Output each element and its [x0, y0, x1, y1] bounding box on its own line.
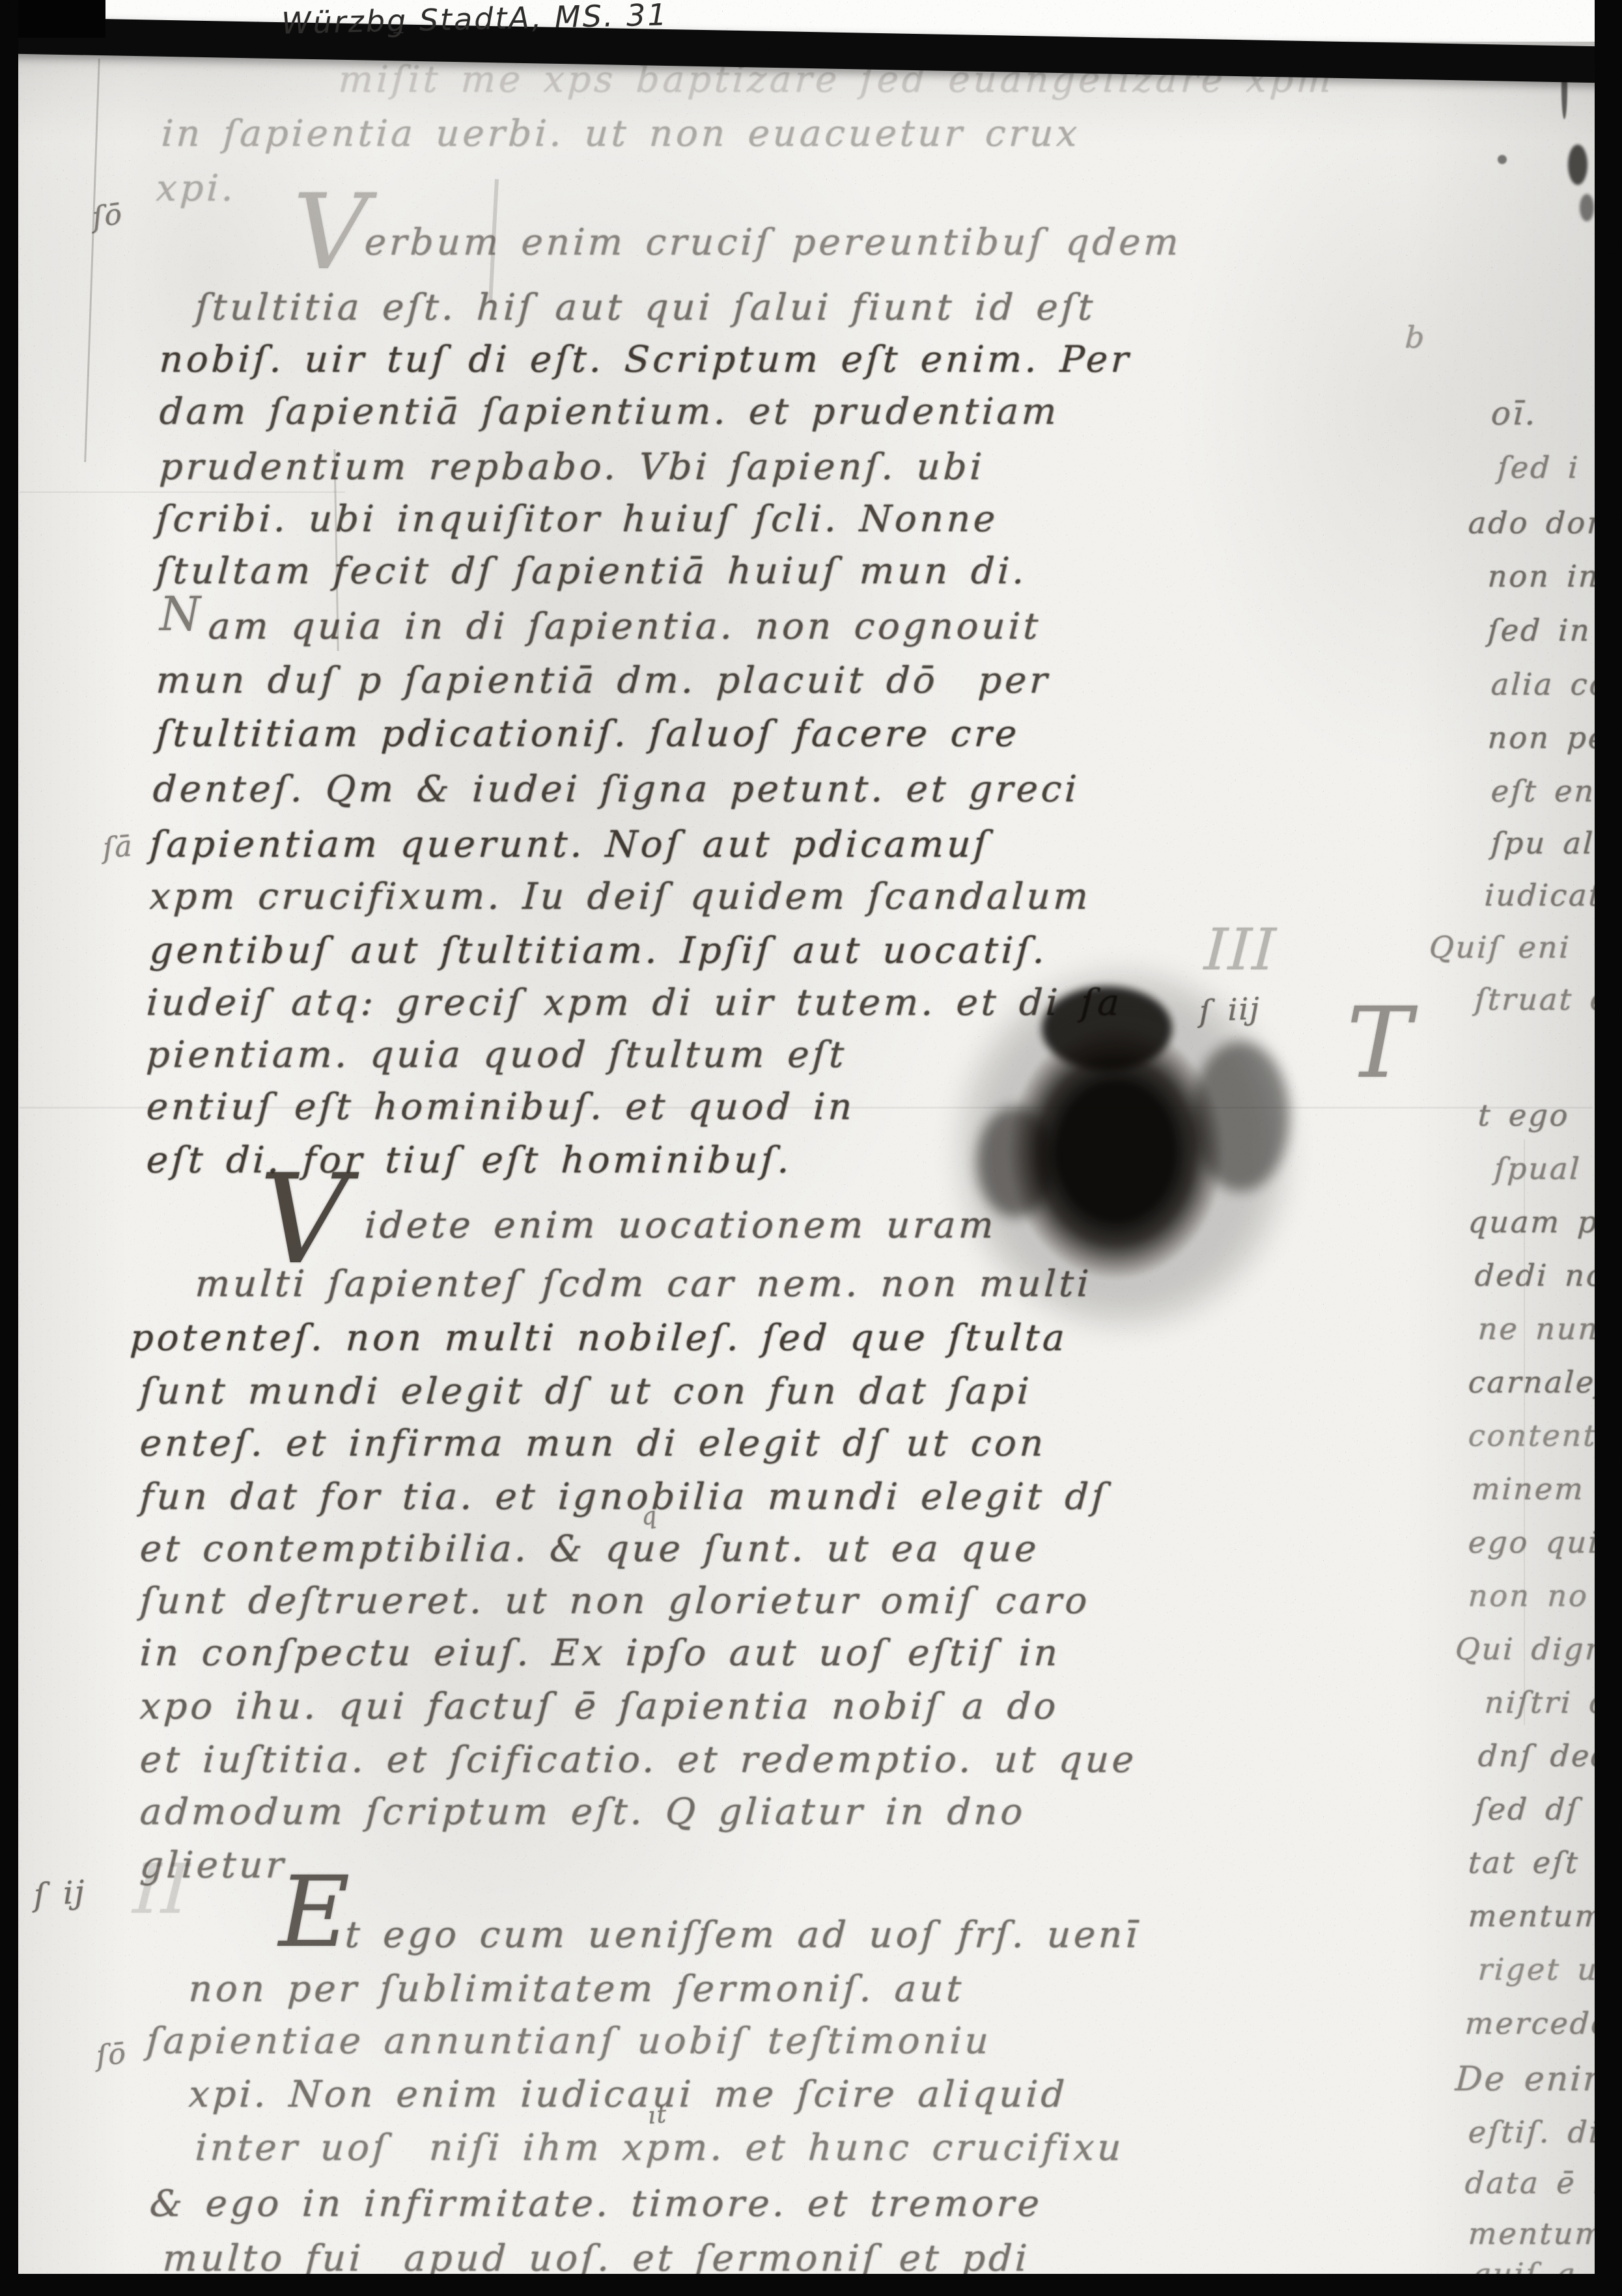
scan-border-bottom — [0, 2274, 1622, 2296]
ink-smudge — [1568, 145, 1587, 185]
ink-smudge — [1580, 194, 1594, 221]
photocopy-scan: miſit me xps baptizare ſed euangelizare … — [0, 0, 1622, 2296]
ink-blot — [1008, 1023, 1224, 1280]
scan-border-left — [0, 0, 18, 2296]
scan-border-right — [1595, 0, 1622, 2296]
ink-smudge — [1498, 155, 1507, 164]
blotch-layer — [0, 0, 1622, 2296]
